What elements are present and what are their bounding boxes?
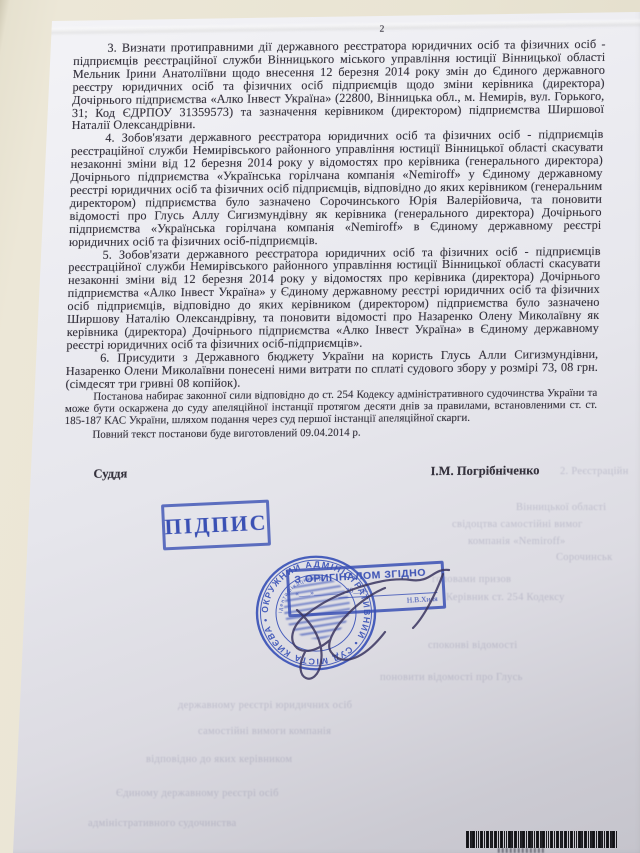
bleedthrough-line: свідоцтва самостійні вимог xyxy=(452,519,583,530)
page-number: 2 xyxy=(116,22,640,36)
bleedthrough-line: адміністративного судочинства xyxy=(88,818,236,829)
bleedthrough-line: самостійні вимоги компанія xyxy=(198,726,331,737)
paragraph-5: 5. Зобов'язати державного реєстратора юр… xyxy=(66,244,601,351)
paragraph-6: 6. Присудити з Державного бюджету Україн… xyxy=(65,348,598,391)
signature-row: Суддя І.М. Погрібніченко xyxy=(63,463,595,482)
bleedthrough-line: Сорочинськ xyxy=(556,552,613,563)
signature-stamp-text: ПІДПИС xyxy=(164,510,268,541)
bleedthrough-line: Єдиному державному реєстрі осіб xyxy=(116,788,279,799)
paper-sheet: 2. Реєстраційн Вінницької області свідоц… xyxy=(0,0,640,853)
paragraph-4: 4. Зобов'язати державного реєстратора юр… xyxy=(69,128,604,248)
barcode xyxy=(466,831,618,848)
legal-effect-note: Постанова набирає законної сили відповід… xyxy=(65,388,598,427)
judge-label: Суддя xyxy=(93,467,127,482)
barcode-digits: ▌▌▌▌▌▌▌▌▌▌▌▌ xyxy=(498,848,588,853)
paragraph-3: 3. Визнати протиправними дії державного … xyxy=(72,38,606,133)
document-text: 2 3. Визнати протиправними дії державног… xyxy=(63,23,606,482)
full-text-note: Повний текст постанови буде виготовлений… xyxy=(64,425,596,441)
photo-of-court-decision: { "doc": { "page_number": "2", "paragrap… xyxy=(0,0,640,853)
bleedthrough-line: відповідно до яких керівником xyxy=(146,754,292,765)
bleedthrough-line: Вінницької області xyxy=(516,502,606,513)
handwritten-signature xyxy=(235,540,505,710)
judge-name: І.М. Погрібніченко xyxy=(430,464,539,480)
